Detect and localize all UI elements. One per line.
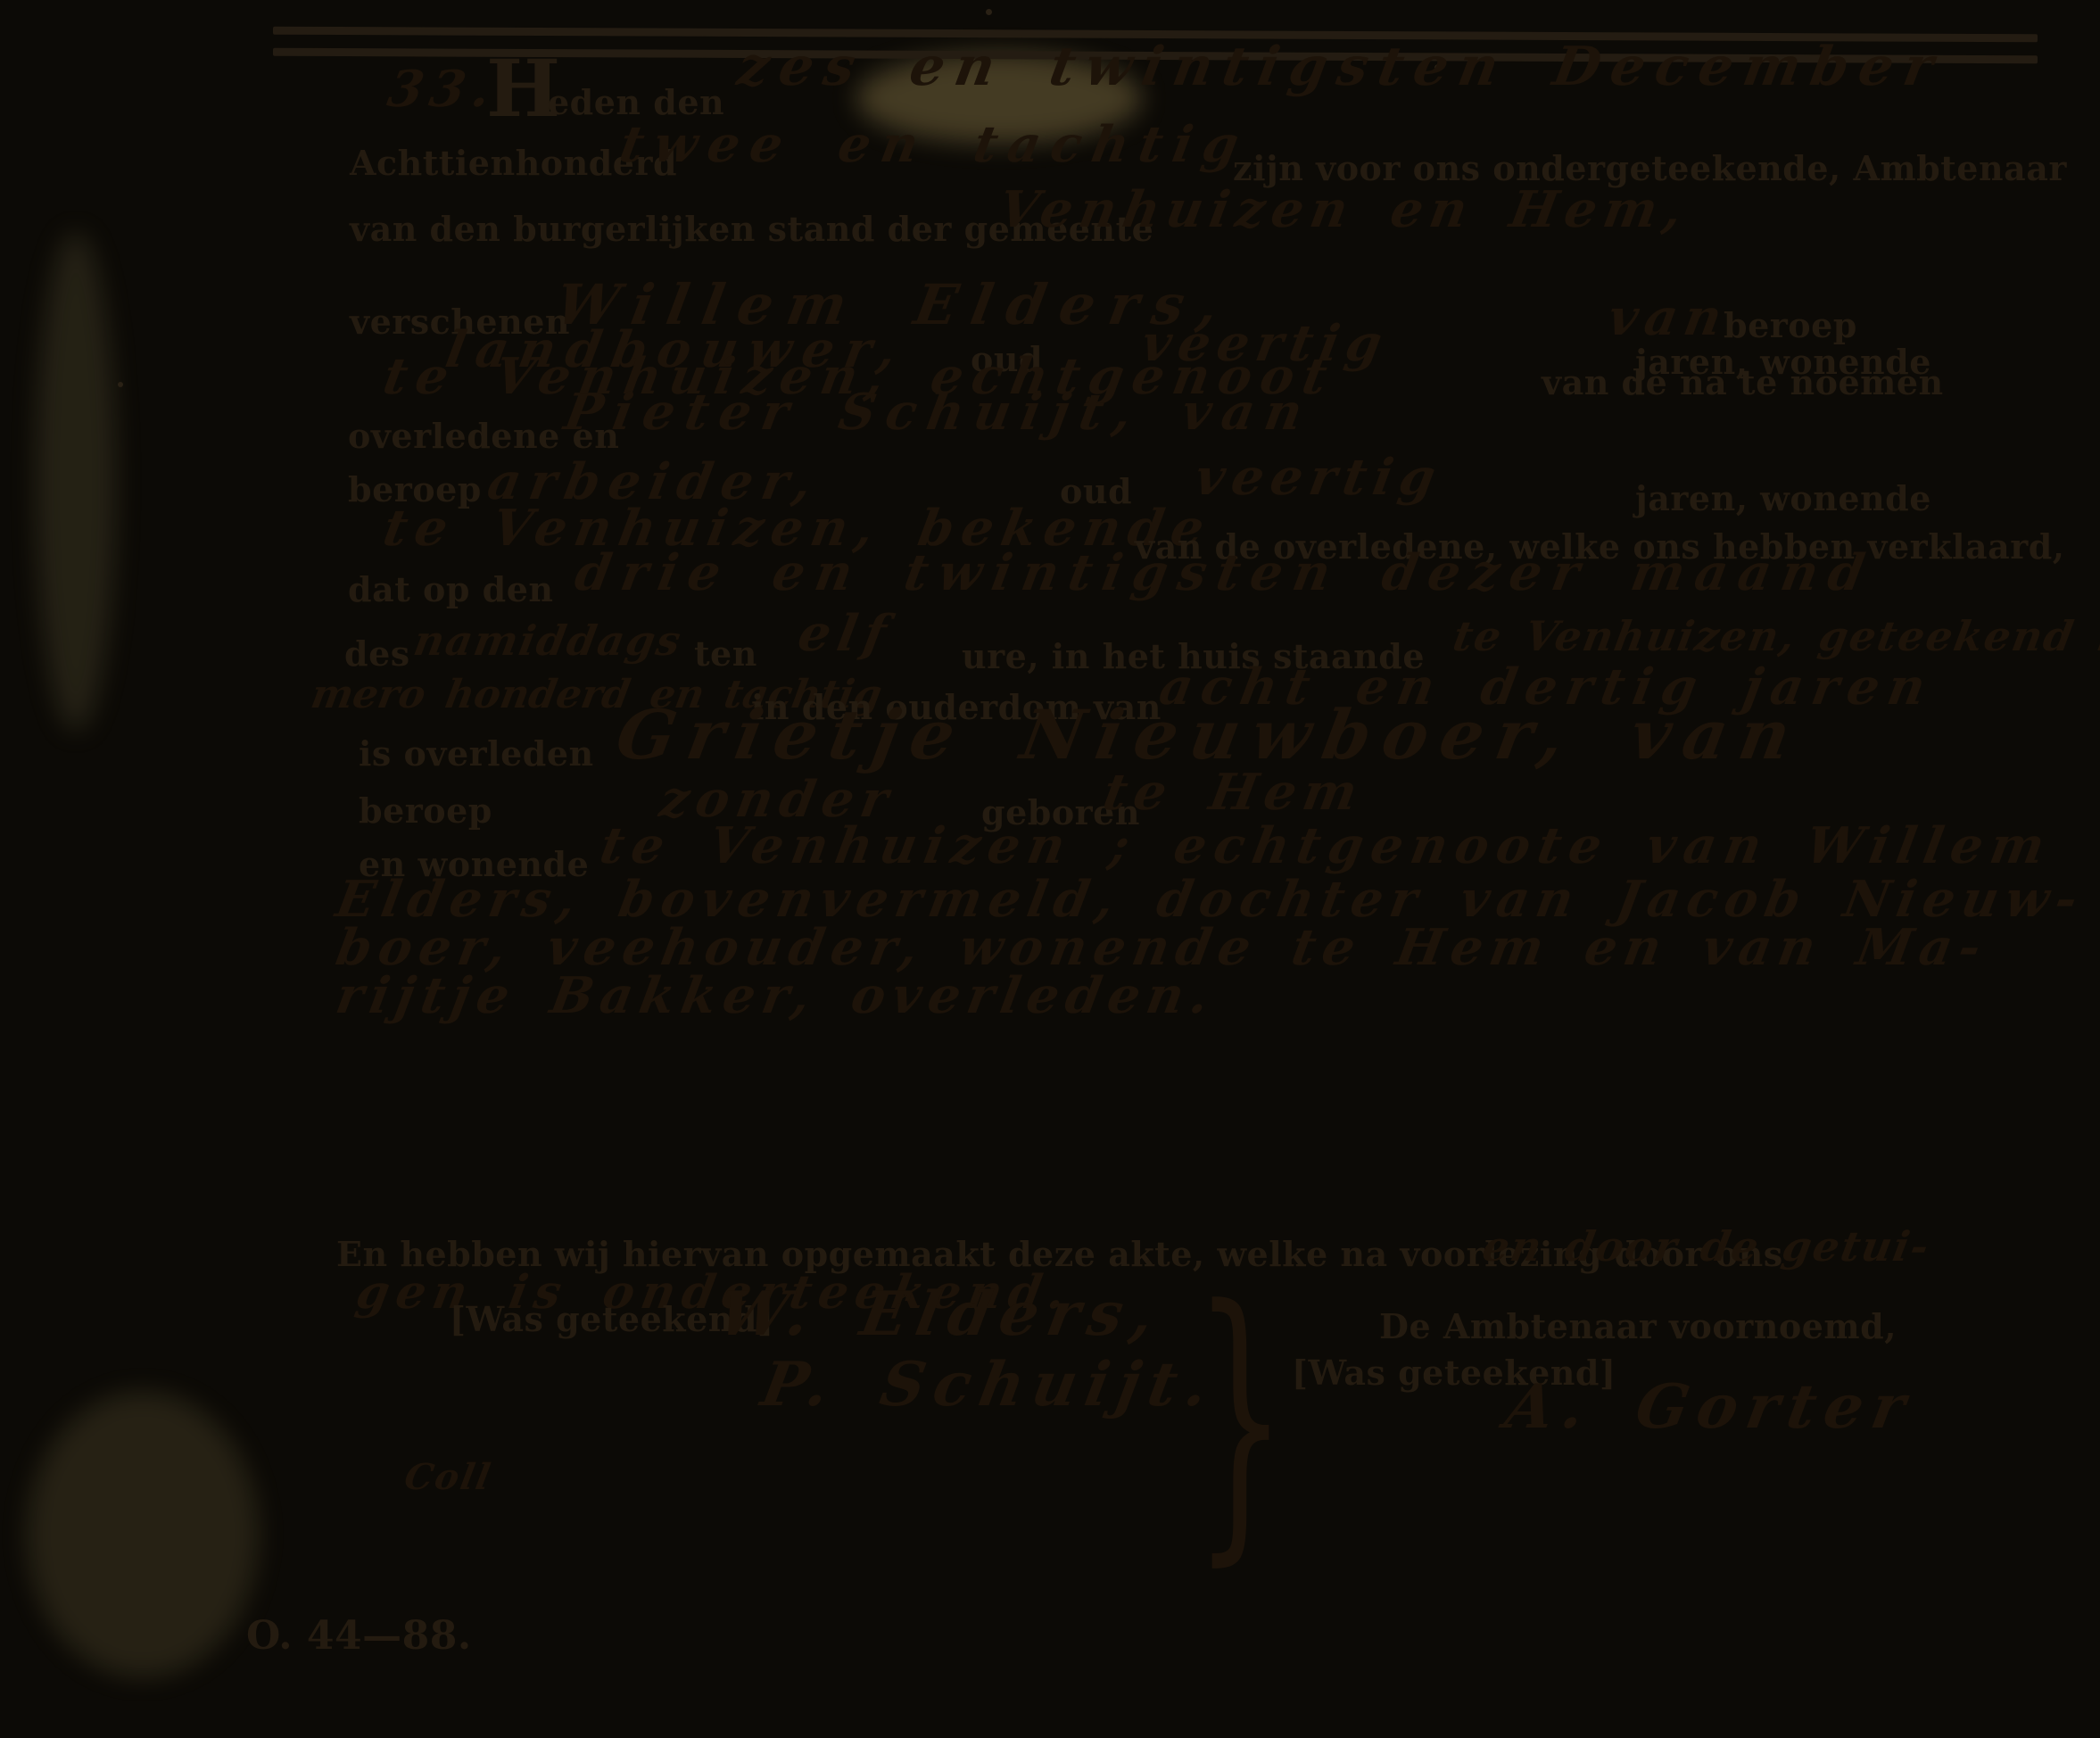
- printed-is-overleden: is overleden: [359, 735, 594, 773]
- printed-official-title: De Ambtenaar voornoemd,: [1379, 1308, 1897, 1345]
- paper-stain: [36, 232, 116, 732]
- handwritten-death-date: drie en twintigsten dezer maand: [571, 546, 1879, 601]
- printed-beroep3: beroep: [359, 792, 492, 830]
- handwritten-date: zes en twintigsten December: [733, 37, 1948, 96]
- printed-beroep: beroep: [1724, 307, 1857, 344]
- printed-na-te-noemen: van de na te noemen: [1542, 364, 1944, 401]
- witness1-signature: W. Elders,: [714, 1281, 1168, 1348]
- handwritten-year: twee en tachtig: [616, 118, 1253, 173]
- witness2-signature: P. Schuijt.: [756, 1352, 1221, 1419]
- handwritten-closing-line1: en door de getui-: [1479, 1224, 1934, 1270]
- handwritten-parents-line3: rijtje Bakker, overleden.: [332, 969, 1219, 1024]
- handwritten-gemeente: Venhuizen en Hem,: [995, 183, 1693, 238]
- printed-jaren-wonende2: jaren, wonende: [1635, 480, 1931, 517]
- ink-speck: [118, 382, 123, 387]
- act-number: 33.: [384, 62, 501, 118]
- handwritten-deceased-name: Grietje Nieuwboer, van: [611, 698, 1808, 773]
- printed-des: des: [344, 635, 410, 673]
- handwritten-deceased-residence: te Venhuizen ; echtgenoote van Willem: [596, 819, 2056, 874]
- paper-stain: [27, 1392, 259, 1677]
- handwritten-house: te Venhuizen, geteekend nu-: [1450, 614, 2100, 659]
- printed-dat-op-den: dat op den: [348, 571, 554, 608]
- handwritten-van: van: [1604, 291, 1732, 346]
- collation-note: Coll: [401, 1458, 495, 1497]
- handwritten-birthplace: te Hem: [1099, 766, 1368, 821]
- handwritten-hour: elf: [794, 607, 897, 662]
- handwritten-declarant2-age: veertig: [1191, 451, 1446, 506]
- printed-ten: ten: [694, 635, 757, 673]
- signature-brace: }: [1194, 1271, 1287, 1566]
- handwritten-daypart: namiddags: [410, 618, 686, 664]
- death-certificate-scan: 33. H eden den zes en twintigsten Decemb…: [0, 0, 2100, 1738]
- ink-speck: [986, 9, 992, 15]
- form-number: O. 44—88.: [246, 1615, 472, 1658]
- official-signature: A. Gorter: [1501, 1374, 1919, 1441]
- handwritten-declarant2-name: Pieter Schuijt, van: [560, 385, 1317, 441]
